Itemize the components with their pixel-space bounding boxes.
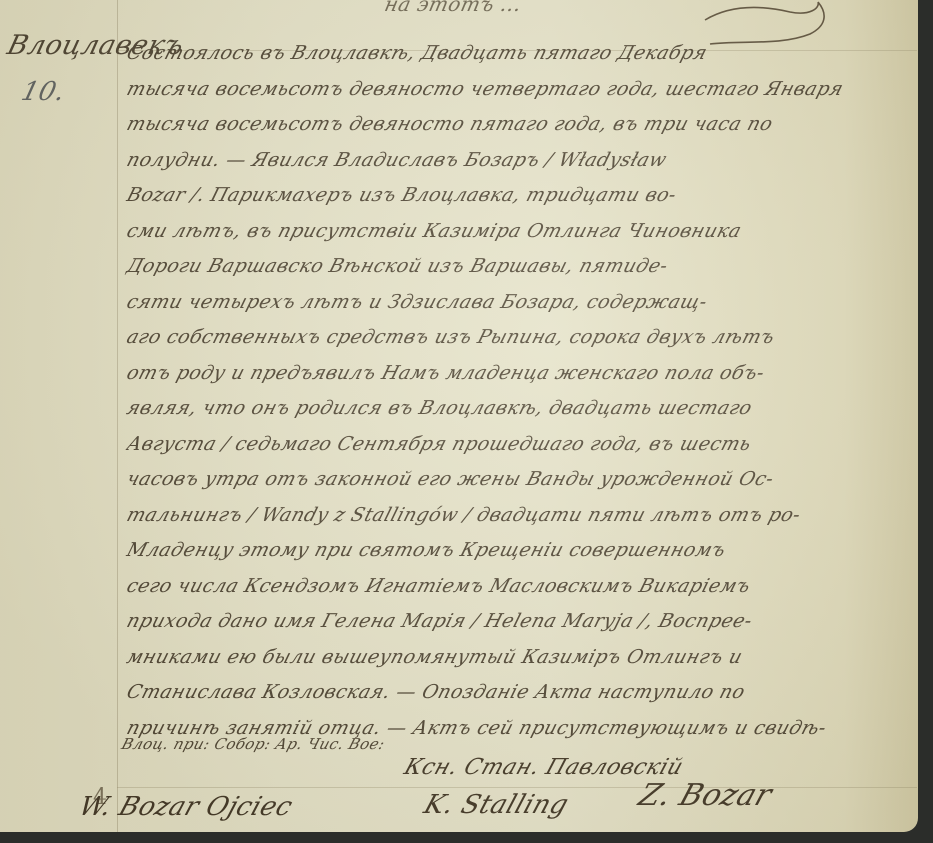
record-line: Дороги Варшавско Вѣнской изъ Варшавы, пя… [122, 249, 918, 285]
official-signature: Ксн. Стан. Павловскій [401, 755, 686, 780]
closing-line: Влоц. при: Собор: Ар. Чис. Вое: [119, 735, 387, 753]
record-line: Bozar /. Парикмахеръ изъ Влоцлавка, трид… [122, 178, 918, 214]
witness-1-signature: Ojciec [202, 792, 296, 822]
record-line: тысяча восемьсотъ девяносто четвертаго г… [122, 72, 918, 108]
record-line: часовъ утра отъ законной его жены Ванды … [122, 462, 918, 498]
father-signature: W. Bozar Ojciec [75, 792, 296, 822]
record-line: сяти четырехъ лѣтъ и Здзислава Бозара, с… [122, 285, 918, 321]
record-number: 10. [18, 77, 68, 107]
record-line: Августа / седьмаго Сентября прошедшаго г… [122, 427, 918, 463]
record-line: прихода дано имя Гелена Марія / Helena M… [122, 604, 918, 640]
record-line: аго собственныхъ средствъ изъ Рыпина, со… [122, 320, 918, 356]
witness-2-signature: K. Stalling [420, 790, 572, 820]
record-line: Младенцу этому при святомъ Крещеніи сове… [122, 533, 918, 569]
record-line: тысяча восемьсотъ девяносто пятаго года,… [122, 107, 918, 143]
record-line: тальнингъ / Wandy z Stallingów / двадцат… [122, 498, 918, 534]
record-line: полудни. — Явился Владиславъ Бозаръ / Wł… [122, 143, 918, 179]
record-line: мниками ею были вышеупомянутый Казиміръ … [122, 640, 918, 676]
document-page: на этотъ ... Влоцлавекъ 10. Состоялось в… [0, 0, 918, 832]
record-line: Состоялось въ Влоцлавкѣ, Двадцать пятаго… [122, 36, 918, 72]
father-signature-name: W. Bozar [75, 792, 203, 822]
footer-rule [117, 787, 917, 788]
margin-rule [117, 0, 118, 832]
record-line: отъ роду и предъявилъ Намъ младенца женс… [122, 356, 918, 392]
record-body: Состоялось въ Влоцлавкѣ, Двадцать пятаго… [122, 36, 917, 746]
record-line: сего числа Ксендзомъ Игнатіемъ Масловски… [122, 569, 918, 605]
witness-3-signature: Z. Bozar [634, 778, 776, 813]
record-line: являя, что онъ родился въ Влоцлавкѣ, два… [122, 391, 918, 427]
record-line: Станислава Козловская. — Опозданіе Акта … [122, 675, 918, 711]
top-note: на этотъ ... [382, 0, 523, 16]
record-line: сми лѣтъ, въ присутствіи Казиміра Отлинг… [122, 214, 918, 250]
